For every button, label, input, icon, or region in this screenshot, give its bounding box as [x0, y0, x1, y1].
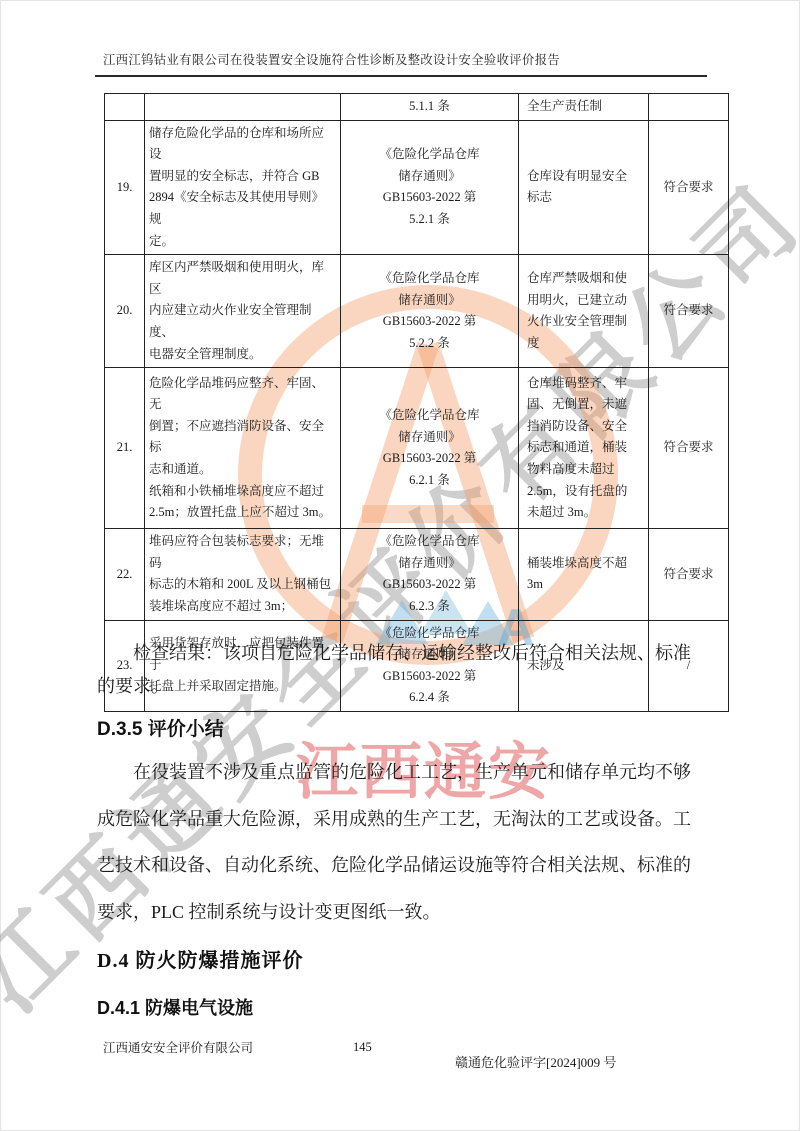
- cell-conclusion: 符合要求: [649, 529, 729, 620]
- footer-document-number: 赣通危化验评字[2024]009 号: [455, 1052, 616, 1071]
- cell-requirement: 堆码应符合包装标志要求；无堆码 标志的木箱和 200L 及以上钢桶包 装堆垛高度…: [145, 529, 341, 620]
- cell-no: 22.: [105, 529, 145, 620]
- cell-no: 19.: [105, 120, 145, 255]
- cell-no: 21.: [105, 368, 145, 529]
- summary-paragraph: 在役装置不涉及重点监管的危险化工工艺，生产单元和储存单元均不够 成危险化学品重大…: [97, 749, 711, 935]
- footer-page-number: 145: [353, 1040, 372, 1055]
- cell-basis: 《危险化学品仓库 储存通则》 GB15603-2022 第 6.2.1 条: [341, 368, 519, 529]
- cell-requirement: 储存危险化学品的仓库和场所应设 置明显的安全标志，并符合 GB 2894《安全标…: [145, 120, 341, 255]
- table-row-19: 19. 储存危险化学品的仓库和场所应设 置明显的安全标志，并符合 GB 2894…: [105, 120, 729, 255]
- cell-no: [105, 94, 145, 121]
- heading-d41: D.4.1 防爆电气设施: [97, 994, 253, 1020]
- table-row-21: 21. 危险化学品堆码应整齐、牢固、无 倒置；不应遮挡消防设备、安全标 志和通道…: [105, 368, 729, 529]
- cell-basis: 5.1.1 条: [341, 94, 519, 121]
- check-result-paragraph: 检查结果：该项目危险化学品储存、运输经整改后符合相关法规、标准 的要求。: [97, 637, 709, 703]
- cell-requirement: [145, 94, 341, 121]
- cell-conclusion: 符合要求: [649, 255, 729, 368]
- compliance-check-table: 5.1.1 条 全生产责任制 19. 储存危险化学品的仓库和场所应设 置明显的安…: [104, 93, 729, 712]
- table-row-22: 22. 堆码应符合包装标志要求；无堆码 标志的木箱和 200L 及以上钢桶包 装…: [105, 529, 729, 620]
- cell-basis: 《危险化学品仓库 储存通则》 GB15603-2022 第 5.2.2 条: [341, 255, 519, 368]
- heading-d35: D.3.5 评价小结: [97, 714, 224, 741]
- footer-company-name: 江西通安安全评价有限公司: [103, 1038, 253, 1056]
- scanned-report-page: 江西通安全评价有限公司 A 江西通安 江西江钨钴业有限公司在役装置安全设施符合性…: [0, 0, 800, 1131]
- cell-result: 仓库设有明显安全 标志: [519, 120, 649, 255]
- cell-result: 仓库严禁吸烟和使 用明火，已建立动 火作业安全管理制 度: [519, 255, 649, 368]
- report-title: 江西江钨钴业有限公司在役装置安全设施符合性诊断及整改设计安全验收评价报告: [95, 50, 707, 68]
- cell-no: 20.: [105, 255, 145, 368]
- cell-result: 仓库堆码整齐、牢 固、无倒置，未遮 挡消防设备、安全 标志和通道，桶装 物料高度…: [519, 368, 649, 529]
- cell-conclusion: 符合要求: [649, 120, 729, 255]
- cell-requirement: 库区内严禁吸烟和使用明火，库区 内应建立动火作业安全管理制度、 电器安全管理制度…: [145, 255, 341, 368]
- table-row-20: 20. 库区内严禁吸烟和使用明火，库区 内应建立动火作业安全管理制度、 电器安全…: [105, 255, 729, 368]
- cell-basis: 《危险化学品仓库 储存通则》 GB15603-2022 第 5.2.1 条: [341, 120, 519, 255]
- cell-result: 桶装堆垛高度不超 3m: [519, 529, 649, 620]
- cell-conclusion: 符合要求: [649, 368, 729, 529]
- cell-requirement: 危险化学品堆码应整齐、牢固、无 倒置；不应遮挡消防设备、安全标 志和通道。 纸箱…: [145, 368, 341, 529]
- document-content: 江西江钨钴业有限公司在役装置安全设施符合性诊断及整改设计安全验收评价报告 5.1…: [0, 0, 800, 1131]
- cell-conclusion: [649, 94, 729, 121]
- page-header: 江西江钨钴业有限公司在役装置安全设施符合性诊断及整改设计安全验收评价报告: [95, 50, 707, 77]
- cell-result: 全生产责任制: [519, 94, 649, 121]
- heading-d4: D.4 防火防爆措施评价: [97, 944, 303, 973]
- table-row-partial: 5.1.1 条 全生产责任制: [105, 94, 729, 121]
- cell-basis: 《危险化学品仓库 储存通则》 GB15603-2022 第 6.2.3 条: [341, 529, 519, 620]
